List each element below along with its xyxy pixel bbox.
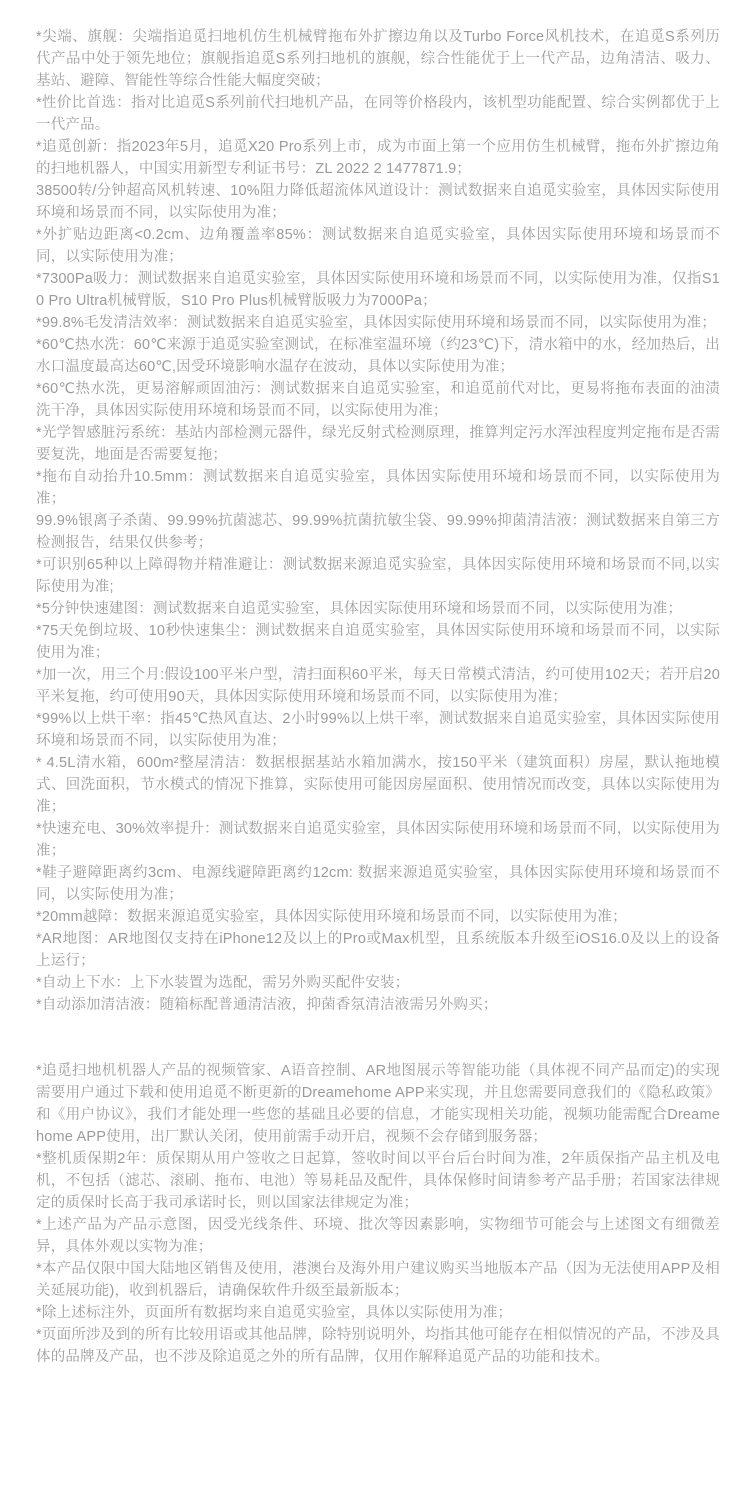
disclaimer-paragraph: *5分钟快速建图：测试数据来自追觅实验室，具体因实际使用环境和场景而不同，以实际… [36, 598, 720, 620]
disclaimer-paragraph: *AR地图：AR地图仅支持在iPhone12及以上的Pro或Max机型，且系统版… [36, 928, 720, 972]
disclaimer-paragraph: *自动上下水：上下水装置为选配，需另外购买配件安装； [36, 972, 720, 994]
product-notes-section: *尖端、旗舰：尖端指追觅扫地机仿生机械臂拖布外扩擦边角以及Turbo Force… [36, 26, 720, 1016]
disclaimer-paragraph: *光学智感脏污系统：基站内部检测元器件，绿光反射式检测原理，推算判定污水浑浊程度… [36, 422, 720, 466]
disclaimer-paragraph: *本产品仅限中国大陆地区销售及使用，港澳台及海外用户建议购买当地版本产品（因为无… [36, 1258, 720, 1302]
disclaimer-paragraph: 99.9%银离子杀菌、99.99%抗菌滤芯、99.99%抗菌抗敏尘袋、99.99… [36, 510, 720, 554]
disclaimer-paragraph: * 4.5L清水箱，600m²整屋清洁：数据根据基站水箱加满水，按150平米（建… [36, 752, 720, 818]
disclaimer-paragraph: *除上述标注外，页面所有数据均来自追觅实验室，具体以实际使用为准； [36, 1302, 720, 1324]
disclaimer-paragraph: *鞋子避障距离约3cm、电源线避障距离约12cm: 数据来源追觅实验室，具体因实… [36, 862, 720, 906]
disclaimer-paragraph: *快速充电、30%效率提升：测试数据来自追觅实验室，具体因实际使用环境和场景而不… [36, 818, 720, 862]
disclaimer-paragraph: *性价比首选：指对比追觅S系列前代扫地机产品，在同等价格段内，该机型功能配置、综… [36, 92, 720, 136]
disclaimer-paragraph: *页面所涉及到的所有比较用语或其他品牌，除特别说明外，均指其他可能存在相似情况的… [36, 1324, 720, 1368]
disclaimer-paragraph: *追觅扫地机机器人产品的视频管家、A语音控制、AR地图展示等智能功能（具体视不同… [36, 1060, 720, 1148]
disclaimer-paragraph: *可识别65种以上障碍物并精准避让：测试数据来源追觅实验室，具体因实际使用环境和… [36, 554, 720, 598]
disclaimer-paragraph: *拖布自动抬升10.5mm：测试数据来自追觅实验室，具体因实际使用环境和场景而不… [36, 466, 720, 510]
disclaimer-paragraph: *75天免倒垃圾、10秒快速集尘：测试数据来自追觅实验室，具体因实际使用环境和场… [36, 620, 720, 664]
disclaimer-paragraph: *99%以上烘干率：指45℃热风直达、2小时99%以上烘干率，测试数据来自追觅实… [36, 708, 720, 752]
disclaimer-paragraph: *60℃热水洗，更易溶解顽固油污：测试数据来自追觅实验室，和追觅前代对比，更易将… [36, 378, 720, 422]
disclaimer-paragraph: *上述产品为产品示意图，因受光线条件、环境、批次等因素影响，实物细节可能会与上述… [36, 1214, 720, 1258]
disclaimer-paragraph: *60℃热水洗：60℃来源于追觅实验室测试，在标准室温环境（约23℃)下，清水箱… [36, 334, 720, 378]
disclaimer-paragraph: *99.8%毛发清洁效率：测试数据来自追觅实验室，具体因实际使用环境和场景而不同… [36, 312, 720, 334]
disclaimer-paragraph: *外扩贴边距离<0.2cm、边角覆盖率85%：测试数据来自追觅实验室，具体因实际… [36, 224, 720, 268]
disclaimer-paragraph: *整机质保期2年：质保期从用户签收之日起算，签收时间以平台后台时间为准，2年质保… [36, 1148, 720, 1214]
disclaimer-paragraph: *加一次，用三个月:假设100平米户型，清扫面积60平米，每天日常模式清洁，约可… [36, 664, 720, 708]
disclaimer-paragraph: *自动添加清洁液：随箱标配普通清洁液，抑菌香氛清洁液需另外购买； [36, 994, 720, 1016]
disclaimer-paragraph: 38500转/分钟超高风机转速、10%阻力降低超流体风道设计：测试数据来自追觅实… [36, 180, 720, 224]
disclaimer-paragraph: *尖端、旗舰：尖端指追觅扫地机仿生机械臂拖布外扩擦边角以及Turbo Force… [36, 26, 720, 92]
disclaimer-paragraph: *20mm越障：数据来源追觅实验室，具体因实际使用环境和场景而不同，以实际使用为… [36, 906, 720, 928]
disclaimer-page: *尖端、旗舰：尖端指追觅扫地机仿生机械臂拖布外扩擦边角以及Turbo Force… [0, 0, 750, 1499]
legal-notes-section: *追觅扫地机机器人产品的视频管家、A语音控制、AR地图展示等智能功能（具体视不同… [36, 1060, 720, 1368]
disclaimer-paragraph: *追觅创新：指2023年5月，追觅X20 Pro系列上市，成为市面上第一个应用仿… [36, 136, 720, 180]
disclaimer-paragraph: *7300Pa吸力：测试数据来自追觅实验室，具体因实际使用环境和场景而不同，以实… [36, 268, 720, 312]
